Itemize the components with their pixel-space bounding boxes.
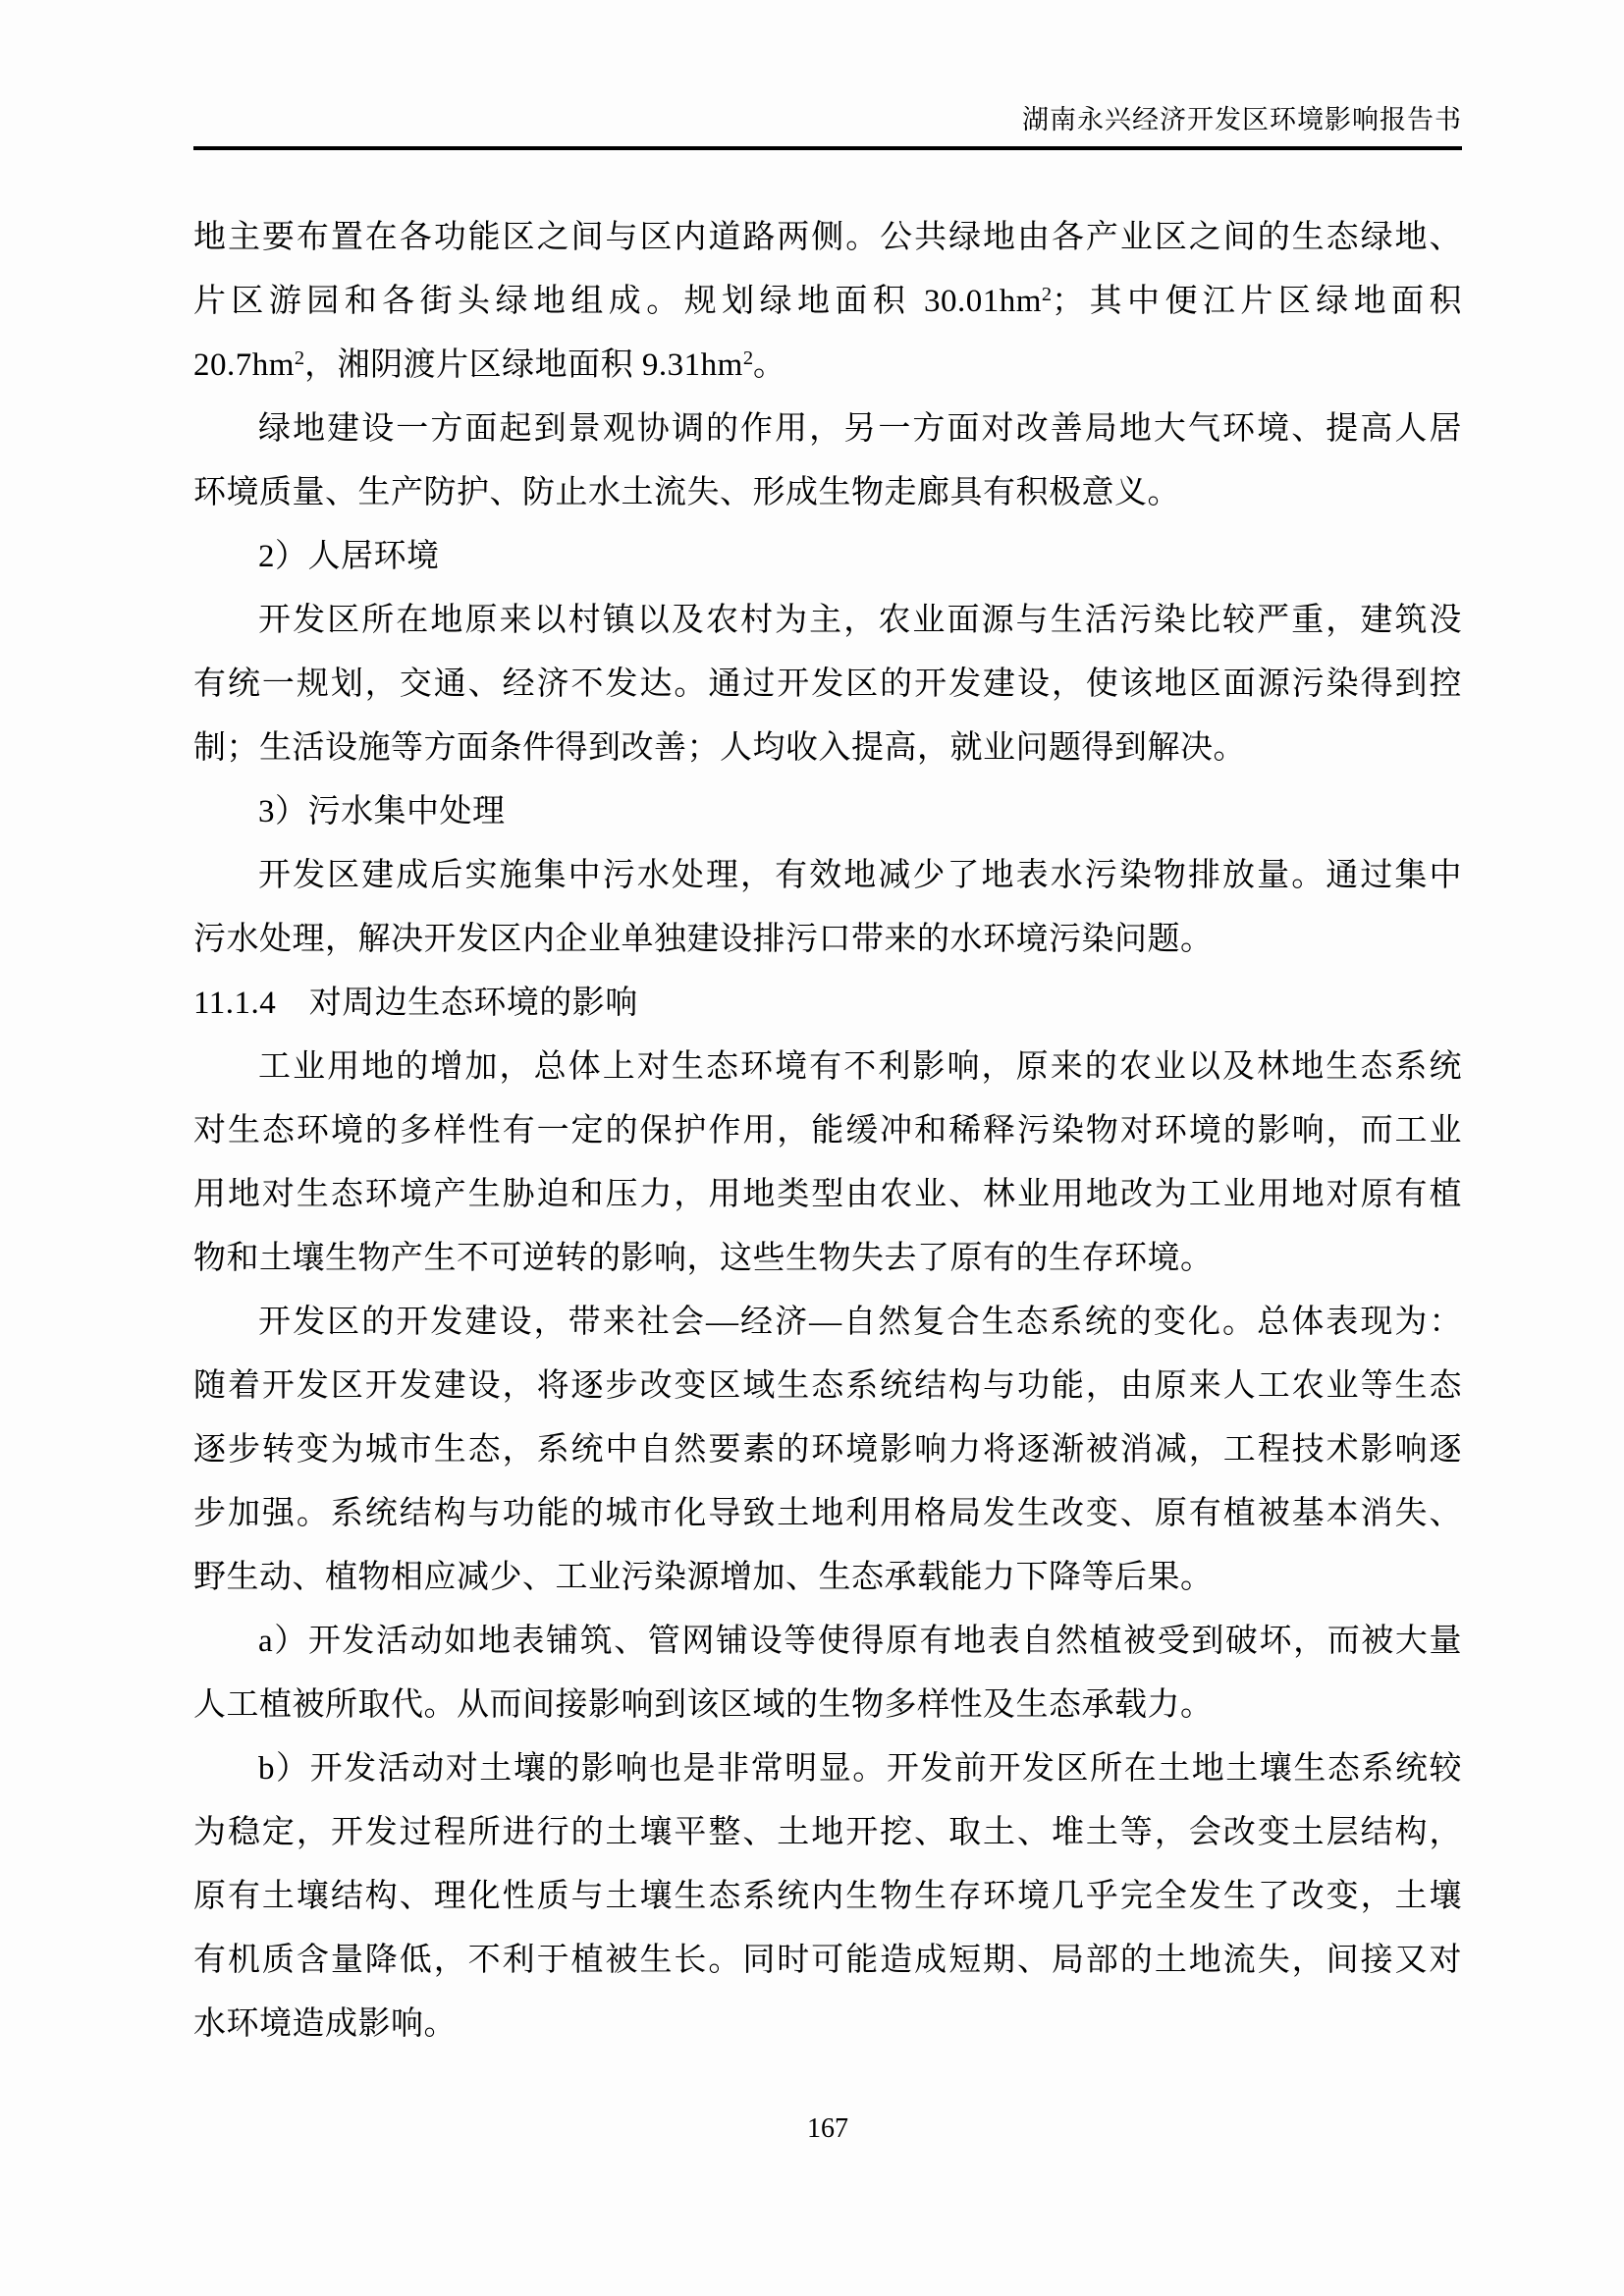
text-line: a）开发活动如地表铺筑、管网铺设等使得原有地表自然植被受到破坏，而被大量 (193, 1610, 1462, 1674)
page-header: 湖南永兴经济开发区环境影响报告书 (193, 102, 1462, 137)
text-line: 环境质量、生产防护、防止水土流失、形成生物走廊具有积极意义。 (193, 461, 1462, 525)
text-line: 原有土壤结构、理化性质与土壤生态系统内生物生存环境几乎完全发生了改变，土壤 (193, 1865, 1462, 1929)
text-line: 有统一规划，交通、经济不发达。通过开发区的开发建设，使该地区面源污染得到控 (193, 653, 1462, 717)
text-line: 对生态环境的多样性有一定的保护作用，能缓冲和稀释污染物对环境的影响，而工业 (193, 1099, 1462, 1163)
text-line: 随着开发区开发建设，将逐步改变区域生态系统结构与功能，由原来人工农业等生态 (193, 1355, 1462, 1418)
page-number: 167 (807, 2113, 848, 2144)
text-line: 地主要布置在各功能区之间与区内道路两侧。公共绿地由各产业区之间的生态绿地、 (193, 206, 1462, 270)
report-title: 湖南永兴经济开发区环境影响报告书 (1022, 105, 1462, 134)
text-line: 绿地建设一方面起到景观协调的作用，另一方面对改善局地大气环境、提高人居 (193, 398, 1462, 461)
text-line: 开发区所在地原来以村镇以及农村为主，农业面源与生活污染比较严重，建筑没 (193, 589, 1462, 653)
document-body: 地主要布置在各功能区之间与区内道路两侧。公共绿地由各产业区之间的生态绿地、片区游… (193, 206, 1462, 2056)
text-line: 开发区建成后实施集中污水处理，有效地减少了地表水污染物排放量。通过集中 (193, 844, 1462, 908)
text-line: 逐步转变为城市生态，系统中自然要素的环境影响力将逐渐被消减，工程技术影响逐 (193, 1418, 1462, 1482)
text-line: 步加强。系统结构与功能的城市化导致土地利用格局发生改变、原有植被基本消失、 (193, 1482, 1462, 1546)
text-line: 水环境造成影响。 (193, 1993, 1462, 2056)
text-line: 污水处理，解决开发区内企业单独建设排污口带来的水环境污染问题。 (193, 908, 1462, 972)
text-line: 开发区的开发建设，带来社会—经济—自然复合生态系统的变化。总体表现为： (193, 1291, 1462, 1355)
text-line: 制；生活设施等方面条件得到改善；人均收入提高，就业问题得到解决。 (193, 717, 1462, 780)
section-heading-line: 11.1.4 对周边生态环境的影响 (193, 972, 1462, 1036)
text-line: 用地对生态环境产生胁迫和压力，用地类型由农业、林业用地改为工业用地对原有植 (193, 1163, 1462, 1227)
text-line: 片区游园和各街头绿地组成。规划绿地面积 30.01hm2；其中便江片区绿地面积 (193, 270, 1462, 334)
subheading-line: 3）污水集中处理 (193, 780, 1462, 844)
text-line: 野生动、植物相应减少、工业污染源增加、生态承载能力下降等后果。 (193, 1546, 1462, 1610)
text-line: 20.7hm2，湘阴渡片区绿地面积 9.31hm2。 (193, 334, 1462, 398)
text-line: b）开发活动对土壤的影响也是非常明显。开发前开发区所在土地土壤生态系统较 (193, 1737, 1462, 1801)
text-line: 物和土壤生物产生不可逆转的影响，这些生物失去了原有的生存环境。 (193, 1227, 1462, 1291)
document-page: 湖南永兴经济开发区环境影响报告书 地主要布置在各功能区之间与区内道路两侧。公共绿… (0, 0, 1624, 2296)
text-line: 工业用地的增加，总体上对生态环境有不利影响，原来的农业以及林地生态系统 (193, 1036, 1462, 1099)
text-line: 有机质含量降低，不利于植被生长。同时可能造成短期、局部的土地流失，间接又对 (193, 1929, 1462, 1993)
text-line: 人工植被所取代。从而间接影响到该区域的生物多样性及生态承载力。 (193, 1674, 1462, 1737)
text-line: 为稳定，开发过程所进行的土壤平整、土地开挖、取土、堆土等，会改变土层结构， (193, 1801, 1462, 1865)
header-rule (193, 146, 1462, 150)
page-footer: 167 (193, 2112, 1462, 2146)
subheading-line: 2）人居环境 (193, 525, 1462, 589)
